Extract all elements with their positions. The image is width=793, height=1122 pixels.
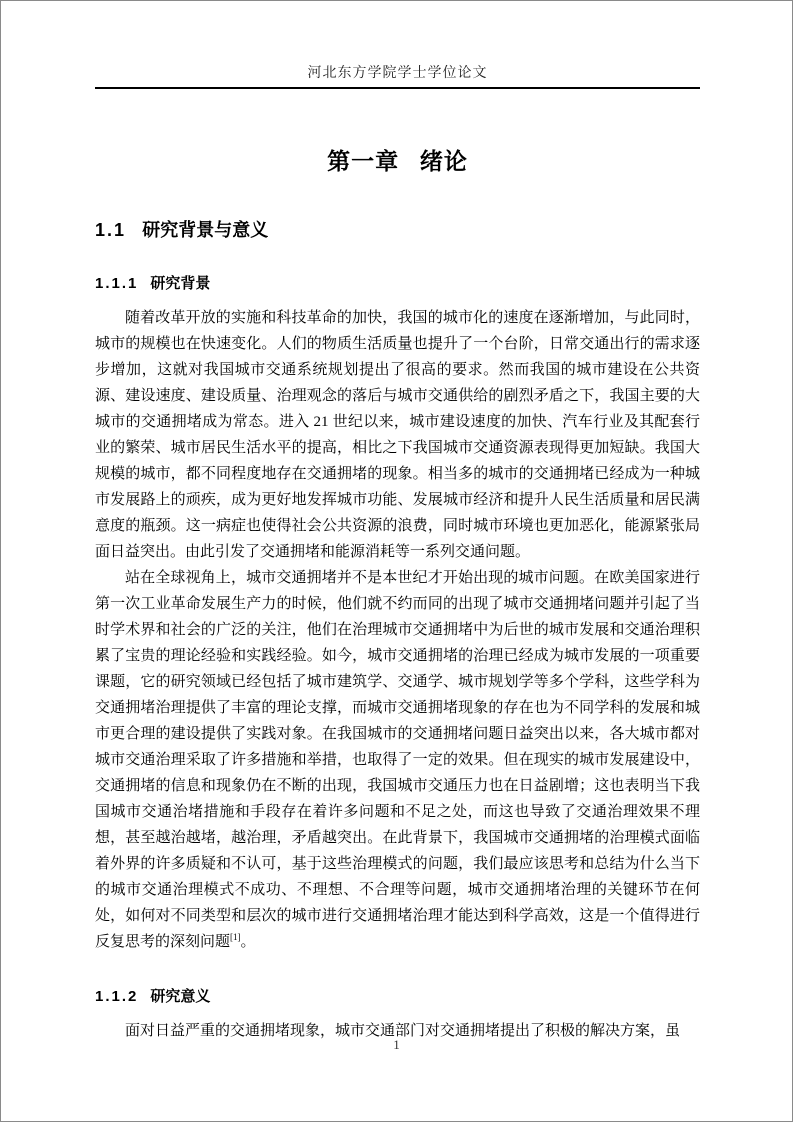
- paragraph-research-background-2: 站在全球视角上，城市交通拥堵并不是本世纪才开始出现的城市问题。在欧美国家进行第一…: [95, 565, 700, 955]
- paragraph-text: 站在全球视角上，城市交通拥堵并不是本世纪才开始出现的城市问题。在欧美国家进行第一…: [95, 570, 700, 950]
- paragraph-end-punctuation: 。: [241, 934, 256, 950]
- subsection-number: 1.1.1: [95, 275, 138, 292]
- chapter-number: 第一章: [327, 148, 399, 174]
- subsection-title-text: 研究背景: [150, 275, 210, 292]
- subsection-title-text: 研究意义: [150, 988, 210, 1005]
- section-title-text: 研究背景与意义: [142, 220, 268, 240]
- chapter-title: 第一章绪论: [95, 143, 700, 176]
- thesis-page: 河北东方学院学士学位论文 第一章绪论 1.1研究背景与意义 1.1.1研究背景 …: [0, 0, 793, 1122]
- subsection-heading-1-1-2: 1.1.2研究意义: [95, 985, 700, 1006]
- chapter-title-text: 绪论: [420, 148, 468, 174]
- subsection-heading-1-1-1: 1.1.1研究背景: [95, 272, 700, 293]
- page-number: 1: [393, 1037, 400, 1052]
- paragraph-research-background-1: 随着改革开放的实施和科技革命的加快，我国的城市化的速度在逐渐增加，与此同时，城市…: [95, 305, 700, 565]
- subsection-number: 1.1.2: [95, 988, 138, 1005]
- citation-reference-marker: [1]: [230, 932, 241, 942]
- section-number: 1.1: [95, 220, 126, 240]
- page-header: 河北东方学院学士学位论文: [95, 1, 700, 89]
- page-footer: 1: [1, 1037, 792, 1053]
- page-header-text: 河北东方学院学士学位论文: [308, 66, 488, 81]
- section-heading-1-1: 1.1研究背景与意义: [95, 216, 700, 242]
